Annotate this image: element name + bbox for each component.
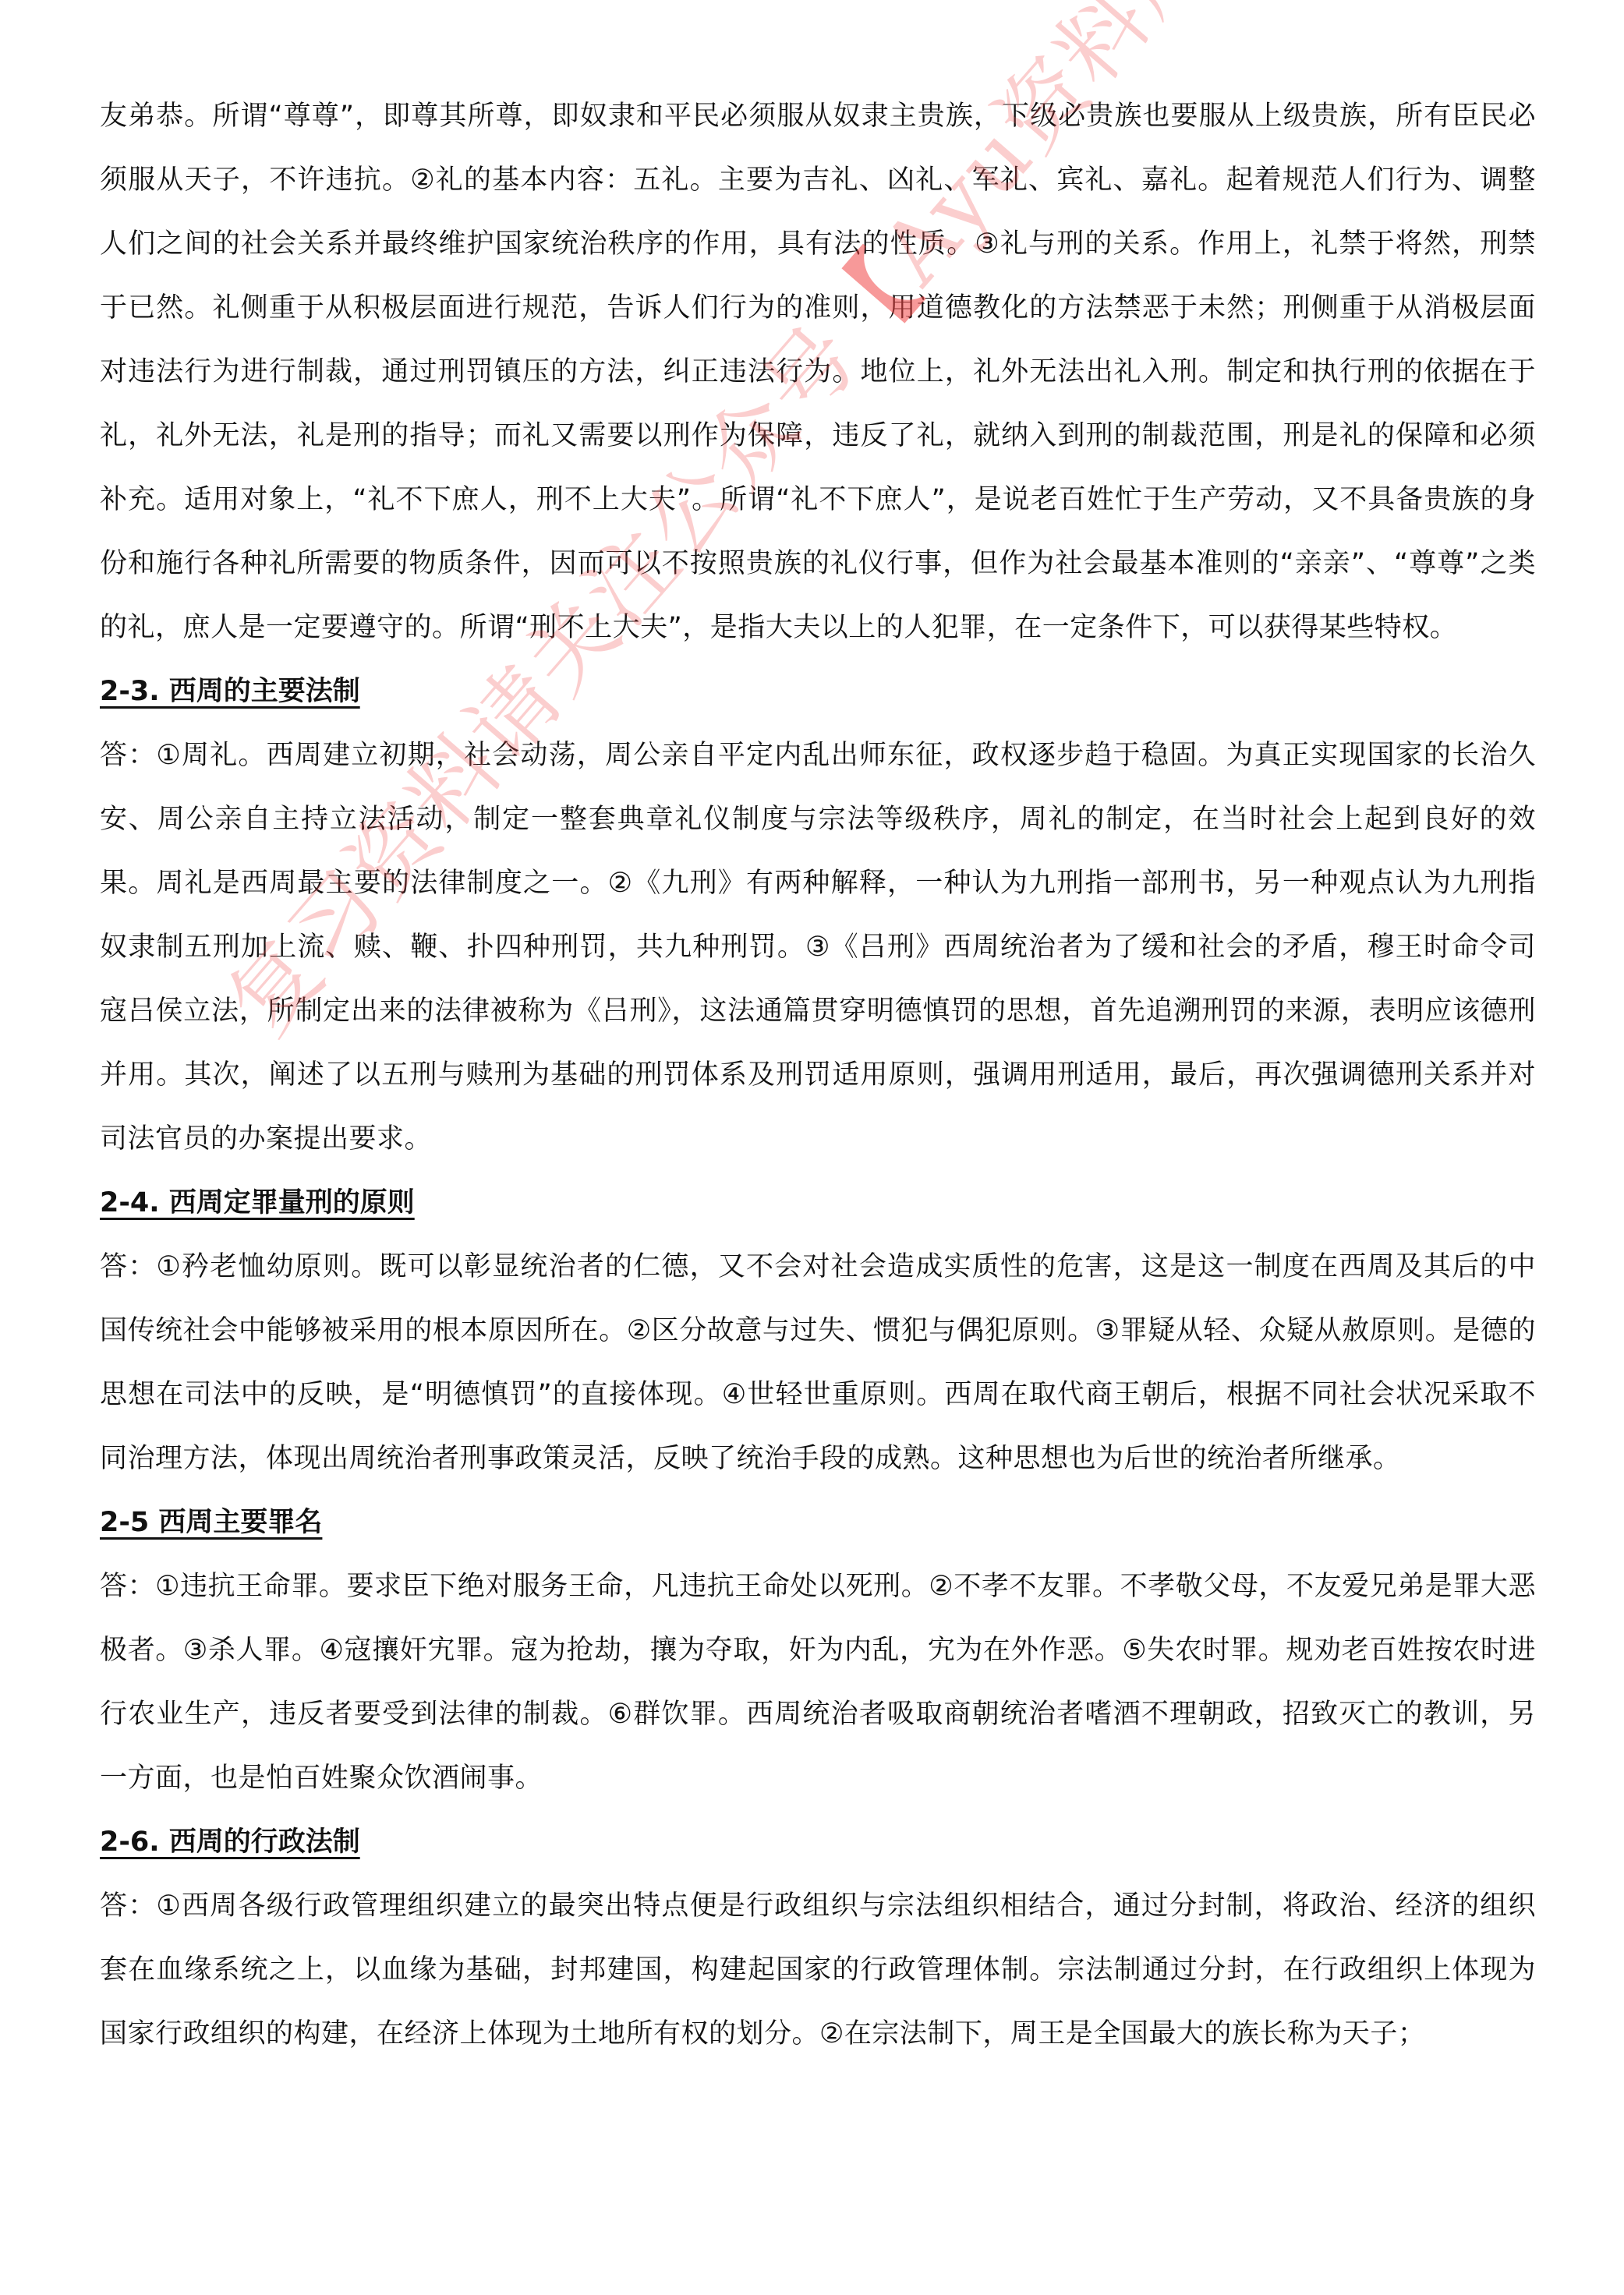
- paragraph-2-6-answer: 答：①西周各级行政管理组织建立的最突出特点便是行政组织与宗法组织相结合，通过分封…: [100, 1874, 1536, 2066]
- paragraph-li-xing-continued: 友弟恭。所谓“尊尊”，即尊其所尊，即奴隶和平民必须服从奴隶主贵族，下级必贵族也要…: [100, 84, 1536, 660]
- paragraph-2-3-answer: 答：①周礼。西周建立初期，社会动荡，周公亲自平定内乱出师东征，政权逐步趋于稳固。…: [100, 723, 1536, 1171]
- section-heading-2-4: 2-4. 西周定罪量刑的原则: [100, 1171, 1536, 1235]
- document-page: 友弟恭。所谓“尊尊”，即尊其所尊，即奴隶和平民必须服从奴隶主贵族，下级必贵族也要…: [100, 84, 1536, 2066]
- paragraph-2-5-answer: 答：①违抗王命罪。要求臣下绝对服务王命，凡违抗王命处以死刑。②不孝不友罪。不孝敬…: [100, 1554, 1536, 1810]
- section-heading-2-6-text: 2-6. 西周的行政法制: [100, 1826, 360, 1858]
- section-heading-2-3-text: 2-3. 西周的主要法制: [100, 676, 360, 707]
- section-heading-2-3: 2-3. 西周的主要法制: [100, 660, 1536, 723]
- section-heading-2-5: 2-5 西周主要罪名: [100, 1491, 1536, 1554]
- section-heading-2-6: 2-6. 西周的行政法制: [100, 1810, 1536, 1874]
- paragraph-2-4-answer: 答：①矜老恤幼原则。既可以彰显统治者的仁德，又不会对社会造成实质性的危害，这是这…: [100, 1235, 1536, 1491]
- section-heading-2-5-text: 2-5 西周主要罪名: [100, 1507, 322, 1538]
- section-heading-2-4-text: 2-4. 西周定罪量刑的原则: [100, 1187, 415, 1218]
